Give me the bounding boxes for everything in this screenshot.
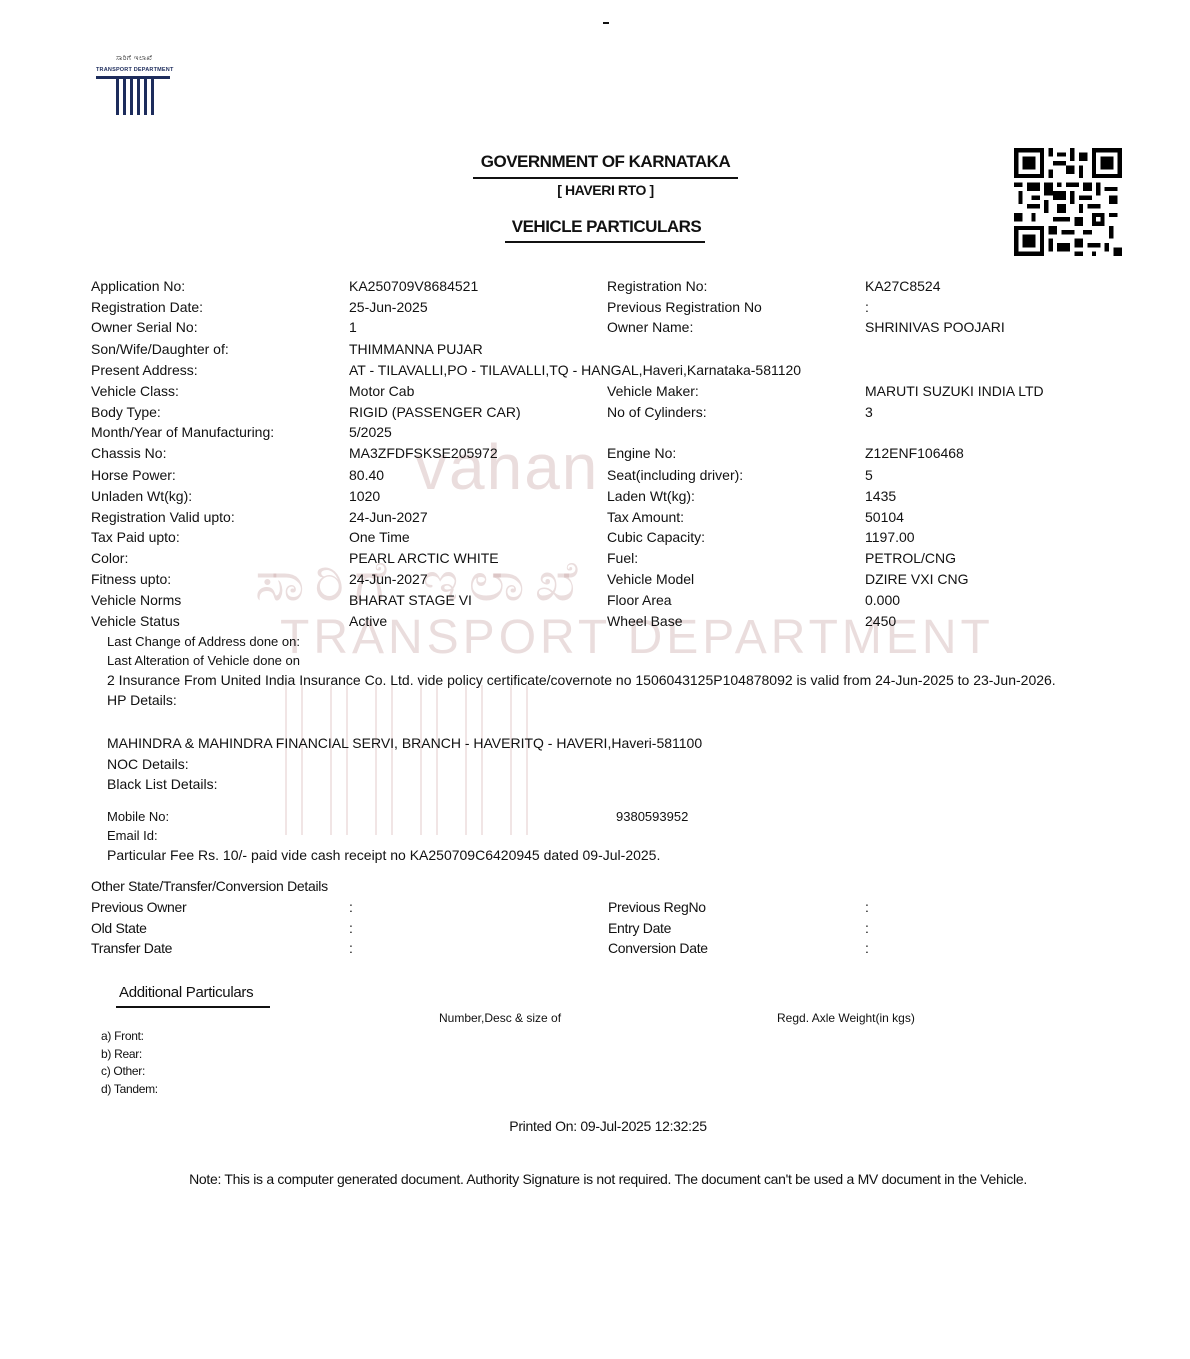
field-value: 1020 [349, 486, 380, 506]
field-label: Owner Serial No: [91, 317, 198, 337]
field-value: MARUTI SUZUKI INDIA LTD [865, 381, 1044, 401]
field-label: Owner Name: [607, 317, 693, 337]
blacklist-details-label: Black List Details: [107, 774, 217, 794]
logo-english-text: TRANSPORT DEPARTMENT [96, 67, 174, 73]
field-label: Tax Amount: [607, 507, 684, 527]
government-heading: GOVERNMENT OF KARNATAKA [473, 152, 738, 172]
axle-row-label: c) Other: [101, 1061, 145, 1081]
logo-pillar [144, 79, 147, 115]
field-value: 24-Jun-2027 [349, 569, 428, 589]
footer-note: Note: This is a computer generated docum… [0, 1171, 1190, 1187]
field-value: Motor Cab [349, 381, 414, 401]
field-label: Laden Wt(kg): [607, 486, 695, 506]
field-value: Active [349, 611, 387, 631]
transfer-label: Conversion Date [608, 938, 708, 958]
field-value: KA27C8524 [865, 276, 941, 296]
insurance-details: 2 Insurance From United India Insurance … [107, 670, 1056, 690]
field-label: Seat(including driver): [607, 465, 743, 485]
field-value: 1197.00 [865, 527, 915, 547]
heading-underline [473, 177, 738, 179]
transfer-section-title: Other State/Transfer/Conversion Details [91, 876, 328, 896]
printed-on: Printed On: 09-Jul-2025 12:32:25 [0, 1118, 1190, 1134]
field-label: Engine No: [607, 443, 676, 463]
field-value: 0.000 [865, 590, 900, 610]
watermark-vahan: vahan [415, 430, 599, 504]
additional-particulars-title: Additional Particulars [119, 984, 253, 1001]
document-title: VEHICLE PARTICULARS [505, 217, 708, 237]
field-value: 1 [349, 317, 357, 337]
last-address-change: Last Change of Address done on: [107, 632, 300, 652]
field-label: No of Cylinders: [607, 402, 707, 422]
transfer-value: : [865, 897, 869, 917]
field-value: RIGID (PASSENGER CAR) [349, 402, 521, 422]
field-label: Fitness upto: [91, 569, 171, 589]
transfer-label: Old State [91, 918, 147, 938]
field-value: DZIRE VXI CNG [865, 569, 968, 589]
field-value: 3 [865, 402, 873, 422]
field-label: Fuel: [607, 548, 638, 568]
additional-particulars-underline [116, 1006, 270, 1008]
field-label: Horse Power: [91, 465, 176, 485]
logo-pillar [130, 79, 133, 115]
transfer-value: : [349, 897, 353, 917]
field-value: PETROL/CNG [865, 548, 956, 568]
logo-pillar [116, 79, 119, 115]
field-value: KA250709V8684521 [349, 276, 478, 296]
field-label: Unladen Wt(kg): [91, 486, 192, 506]
logo-pillar [123, 79, 126, 115]
field-value: 50104 [865, 507, 904, 527]
last-alteration: Last Alteration of Vehicle done on [107, 651, 300, 671]
field-value: Z12ENF106468 [865, 443, 964, 463]
transfer-label: Entry Date [608, 918, 671, 938]
logo-pillar [137, 79, 140, 115]
transfer-value: : [349, 938, 353, 958]
qr-code-icon [1013, 148, 1123, 256]
field-label: Registration No: [607, 276, 707, 296]
particular-fee: Particular Fee Rs. 10/- paid vide cash r… [107, 845, 660, 865]
field-label: Body Type: [91, 402, 161, 422]
field-value: 24-Jun-2027 [349, 507, 428, 527]
field-value: MA3ZFDFSKSE205972 [349, 443, 498, 463]
noc-details-label: NOC Details: [107, 754, 189, 774]
rto-office: [ HAVERI RTO ] [473, 182, 738, 198]
field-label: Tax Paid upto: [91, 527, 180, 547]
field-value: 25-Jun-2025 [349, 297, 428, 317]
field-label: Vehicle Maker: [607, 381, 699, 401]
watermark-pillar [465, 685, 483, 835]
field-label: Cubic Capacity: [607, 527, 705, 547]
field-value: THIMMANNA PUJAR [349, 339, 483, 359]
field-value: 80.40 [349, 465, 384, 485]
logo-pillar [151, 79, 154, 115]
axle-row-label: a) Front: [101, 1026, 144, 1046]
field-label: Vehicle Norms [91, 590, 181, 610]
field-label: Registration Valid upto: [91, 507, 235, 527]
logo-bar [96, 76, 170, 79]
watermark-pillar [420, 685, 438, 835]
transfer-value: : [865, 918, 869, 938]
hp-details-value: MAHINDRA & MAHINDRA FINANCIAL SERVI, BRA… [107, 733, 702, 753]
field-label: Present Address: [91, 360, 198, 380]
title-underline [505, 241, 705, 243]
field-label: Vehicle Status [91, 611, 180, 631]
field-label: Vehicle Class: [91, 381, 179, 401]
field-label: Wheel Base [607, 611, 682, 631]
hp-details-label: HP Details: [107, 690, 177, 710]
field-value: BHARAT STAGE VI [349, 590, 472, 610]
field-label: Chassis No: [91, 443, 166, 463]
watermark-pillar [330, 685, 348, 835]
field-label: Month/Year of Manufacturing: [91, 422, 274, 442]
field-value: PEARL ARCTIC WHITE [349, 548, 499, 568]
field-value: 2450 [865, 611, 896, 631]
axle-row-label: d) Tandem: [101, 1079, 158, 1099]
watermark-pillar [285, 685, 303, 835]
transfer-label: Previous RegNo [608, 897, 706, 917]
email-label: Email Id: [107, 826, 158, 846]
field-label: Color: [91, 548, 128, 568]
field-label: Previous Registration No [607, 297, 762, 317]
watermark-pillar [510, 685, 528, 835]
axle-weight-column: Regd. Axle Weight(in kgs) [777, 1008, 915, 1028]
field-label: Floor Area [607, 590, 672, 610]
field-label: Registration Date: [91, 297, 203, 317]
transfer-value: : [349, 918, 353, 938]
field-value: 5 [865, 465, 873, 485]
transport-department-logo: ಸಾರಿಗೆ ಇಲಾಖೆ TRANSPORT DEPARTMENT [94, 55, 172, 119]
axle-desc-column: Number,Desc & size of [439, 1008, 561, 1028]
field-label: Son/Wife/Daughter of: [91, 339, 229, 359]
watermark-pillar [375, 685, 393, 835]
transfer-label: Previous Owner [91, 897, 186, 917]
field-label: Application No: [91, 276, 185, 296]
transfer-value: : [865, 938, 869, 958]
field-value: : [865, 297, 869, 317]
field-value: One Time [349, 527, 410, 547]
mobile-label: Mobile No: [107, 807, 169, 827]
field-value: AT - TILAVALLI,PO - TILAVALLI,TQ - HANGA… [349, 360, 801, 380]
top-mark [603, 22, 609, 24]
field-label: Vehicle Model [607, 569, 694, 589]
field-value: SHRINIVAS POOJARI [865, 317, 1005, 337]
logo-kannada-text: ಸಾರಿಗೆ ಇಲಾಖೆ [116, 55, 152, 63]
transfer-label: Transfer Date [91, 938, 172, 958]
field-value: 1435 [865, 486, 896, 506]
mobile-value: 9380593952 [616, 807, 688, 827]
field-value: 5/2025 [349, 422, 392, 442]
